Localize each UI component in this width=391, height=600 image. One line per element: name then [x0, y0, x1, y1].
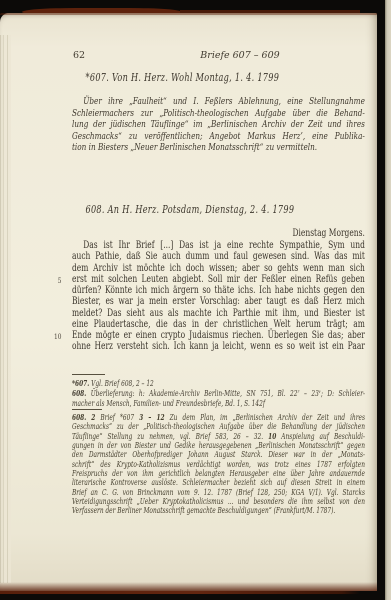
page-number: 62 — [73, 50, 85, 61]
text-line: Schleiermachers zur „Politisch-theologis… — [72, 108, 365, 120]
text-segment: Geschmacks“ zu veröffentlichen; Angebot … — [72, 131, 365, 142]
text-line: 5erst mit solchen Leuten abgiebt. Soll m… — [72, 274, 365, 285]
text-segment: auch Pathie, daß Sie auch dumm und faul … — [72, 251, 365, 262]
text-segment: Überlieferung: h: Akademie-Archiv Berlin… — [86, 388, 365, 398]
text-segment: Ende mögte er einen crypto Judaismus rie… — [72, 330, 365, 341]
text-segment: Vgl. Brief 608, 2 – 12 — [89, 378, 153, 388]
text-line: eine Plaudertasche, die das in der chris… — [72, 319, 365, 330]
emphasized-ref: 608. — [72, 388, 86, 398]
text-segment: Das ist Ihr Brief [...] Das ist ja eine … — [83, 240, 365, 251]
text-segment: tion in Biesters „Neuer Berlinischen Mon… — [72, 142, 317, 153]
text-segment: Über ihre „Faulheit“ und I. Feßlers Able… — [83, 96, 365, 107]
page-stack-edges — [0, 35, 11, 583]
letter-608-dateline: Dienstag Morgens. — [72, 228, 365, 239]
running-title: Briefe 607 – 609 — [200, 50, 279, 61]
text-line: dürfen? Könnte ich mich ärgern so thäte … — [72, 285, 365, 296]
text-segment: lung der jüdischen Täuflinge“ im „Berlin… — [72, 119, 365, 130]
text-line: Geschmacks“ zu veröffentlichen; Angebot … — [72, 131, 365, 143]
text-segment: erst mit solchen Leuten abgiebt. Soll mi… — [72, 274, 365, 285]
text-segment: meldet? Das sieht aus als machte ich Par… — [72, 308, 365, 319]
text-segment: Schleiermachers zur „Politisch-theologis… — [72, 108, 365, 119]
text-line: tion in Biesters „Neuer Berlinischen Mon… — [72, 142, 365, 154]
book-page: 62 Briefe 607 – 609 *607. Von H. Herz. W… — [0, 13, 377, 591]
apparatus-rule-top — [72, 374, 105, 375]
apparatus-note-608-transmission: 608. Überlieferung: h: Akademie-Archiv B… — [72, 389, 365, 409]
text-line: macher als Mensch, Familien- und Freunde… — [72, 399, 365, 409]
text-line: Biester, es war ja mein erster Vorschlag… — [72, 296, 365, 307]
letter-607-heading: *607. Von H. Herz. Wohl Montag, 1. 4. 17… — [72, 71, 378, 84]
text-line: *607. Vgl. Brief 608, 2 – 12 — [72, 378, 365, 388]
text-line: lung der jüdischen Täuflinge“ im „Berlin… — [72, 119, 365, 131]
emphasized-ref: *607. — [72, 378, 89, 388]
running-header: 62 Briefe 607 – 609 — [0, 50, 377, 63]
text-line: dem Archiv ist möchte ich doch wissen; a… — [72, 263, 365, 274]
letter-608-heading: 608. An H. Herz. Potsdam, Dienstag, 2. 4… — [72, 203, 378, 216]
letter-608-body: Das ist Ihr Brief [...] Das ist ja eine … — [72, 240, 365, 353]
text-line: Verfassern der Berliner Monatsschrift ge… — [72, 506, 365, 515]
text-line: ohne Herz versteht sich. Ich kann ja lei… — [72, 341, 365, 352]
margin-line-number: 5 — [58, 275, 62, 286]
text-segment: dürfen? Könnte ich mich ärgern so thäte … — [72, 285, 365, 296]
text-segment: Verfassern der Berliner Monatsschrift ge… — [72, 505, 335, 515]
text-segment: dem Archiv ist möchte ich doch wissen; a… — [72, 263, 365, 274]
text-segment: macher als Mensch, Familien- und Freunde… — [72, 398, 265, 408]
commentary-apparatus: 608. 2 Brief *607 3 – 12 Zu dem Plan, im… — [72, 413, 365, 516]
letter-607-summary: Über ihre „Faulheit“ und I. Feßlers Able… — [72, 96, 365, 154]
text-segment: Biester, es war ja mein erster Vorschlag… — [72, 296, 365, 307]
text-line: Das ist Ihr Brief [...] Das ist ja eine … — [72, 240, 365, 251]
text-segment: eine Plaudertasche, die das in der chris… — [72, 319, 365, 330]
apparatus-note-607: *607. Vgl. Brief 608, 2 – 12 — [72, 378, 365, 388]
text-segment: ohne Herz versteht sich. Ich kann ja lei… — [72, 341, 365, 352]
book-scan-photo: 62 Briefe 607 – 609 *607. Von H. Herz. W… — [0, 0, 391, 600]
text-line: auch Pathie, daß Sie auch dumm und faul … — [72, 251, 365, 262]
text-line: Über ihre „Faulheit“ und I. Feßlers Able… — [72, 96, 365, 108]
text-line: meldet? Das sieht aus als machte ich Par… — [72, 308, 365, 319]
margin-line-number: 10 — [54, 331, 61, 342]
text-line: 10Ende mögte er einen crypto Judaismus r… — [72, 330, 365, 341]
facing-page-edge — [385, 0, 391, 600]
commentary-rule — [72, 409, 102, 410]
